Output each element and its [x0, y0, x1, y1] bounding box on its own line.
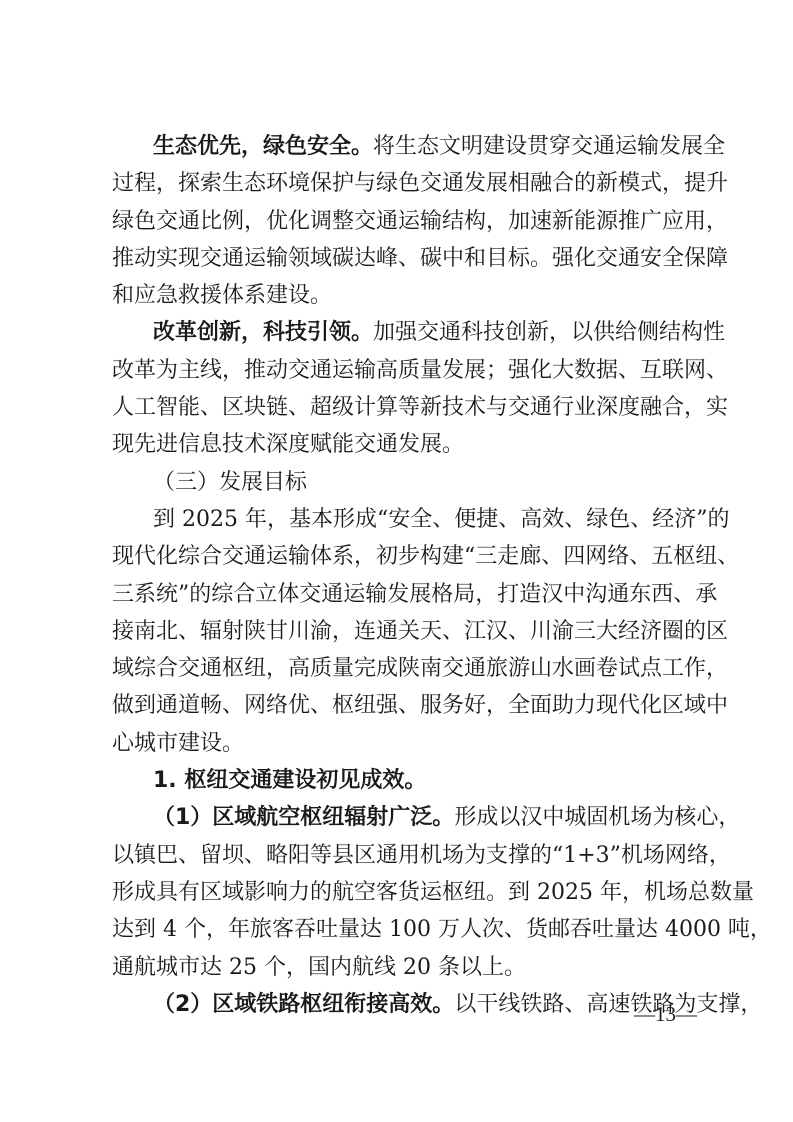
paragraph-railway-line-1: （2）区域铁路枢纽衔接高效。以干线铁路、高速铁路为支撑， [112, 986, 703, 1023]
paragraph-reform-line-1: 改革创新，科技引领。加强交通科技创新，以供给侧结构性 [112, 314, 703, 351]
text-run: 加强交通科技创新，以供给侧结构性 [373, 320, 725, 345]
text-run: 形成以汉中城固机场为核心， [454, 805, 740, 830]
paragraph-aviation-line-3: 形成具有区域影响力的航空客货运枢纽。到 2025 年，机场总数量 [112, 874, 703, 911]
text-run: 以干线铁路、高速铁路为支撑， [454, 992, 762, 1017]
paragraph-eco-lead: 生态优先，绿色安全。 [153, 134, 373, 159]
paragraph-aviation-lead: （1）区域航空枢纽辐射广泛。 [153, 805, 454, 830]
paragraph-reform-lead: 改革创新，科技引领。 [153, 320, 373, 345]
paragraph-railway-lead: （2）区域铁路枢纽衔接高效。 [153, 992, 454, 1017]
paragraph-eco-line-2: 过程，探索生态环境保护与绿色交通发展相融合的新模式，提升 [112, 165, 703, 202]
paragraph-aviation-line-4: 达到 4 个，年旅客吞吐量达 100 万人次、货邮吞吐量达 4000 吨， [112, 911, 703, 948]
paragraph-aviation-line-5: 通航城市达 25 个，国内航线 20 条以上。 [112, 949, 703, 986]
text-run: 将生态文明建设贯穿交通运输发展全 [373, 134, 725, 159]
paragraph-eco-line-4: 推动实现交通运输领域碳达峰、碳中和目标。强化交通安全保障 [112, 240, 703, 277]
body-text: 生态优先，绿色安全。将生态文明建设贯穿交通运输发展全 过程，探索生态环境保护与绿… [112, 128, 703, 1023]
section-heading: （三）发展目标 [112, 464, 703, 501]
page-number: —13— [634, 1002, 697, 1027]
document-page: 生态优先，绿色安全。将生态文明建设贯穿交通运输发展全 过程，探索生态环境保护与绿… [0, 0, 793, 1122]
subheading-1: 1. 枢纽交通建设初见成效。 [112, 762, 703, 799]
paragraph-goals-line-4: 接南北、辐射陕甘川渝，连通关天、江汉、川渝三大经济圈的区 [112, 613, 703, 650]
paragraph-aviation-line-2: 以镇巴、留坝、略阳等县区通用机场为支撑的“1+3”机场网络， [112, 837, 703, 874]
paragraph-goals-line-2: 现代化综合交通运输体系，初步构建“三走廊、四网络、五枢纽、 [112, 538, 703, 575]
paragraph-reform-line-4: 现先进信息技术深度赋能交通发展。 [112, 426, 703, 463]
paragraph-goals-line-7: 心城市建设。 [112, 725, 703, 762]
paragraph-eco-line-5: 和应急救援体系建设。 [112, 277, 703, 314]
paragraph-goals-line-6: 做到通道畅、网络优、枢纽强、服务好，全面助力现代化区域中 [112, 687, 703, 724]
paragraph-reform-line-2: 改革为主线，推动交通运输高质量发展；强化大数据、互联网、 [112, 352, 703, 389]
paragraph-reform-line-3: 人工智能、区块链、超级计算等新技术与交通行业深度融合，实 [112, 389, 703, 426]
paragraph-aviation-line-1: （1）区域航空枢纽辐射广泛。形成以汉中城固机场为核心， [112, 799, 703, 836]
paragraph-goals-line-5: 域综合交通枢纽，高质量完成陕南交通旅游山水画卷试点工作， [112, 650, 703, 687]
paragraph-eco-line-1: 生态优先，绿色安全。将生态文明建设贯穿交通运输发展全 [112, 128, 703, 165]
paragraph-goals-line-1: 到 2025 年，基本形成“安全、便捷、高效、绿色、经济”的 [112, 501, 703, 538]
paragraph-goals-line-3: 三系统”的综合立体交通运输发展格局，打造汉中沟通东西、承 [112, 576, 703, 613]
paragraph-eco-line-3: 绿色交通比例，优化调整交通运输结构，加速新能源推广应用， [112, 203, 703, 240]
